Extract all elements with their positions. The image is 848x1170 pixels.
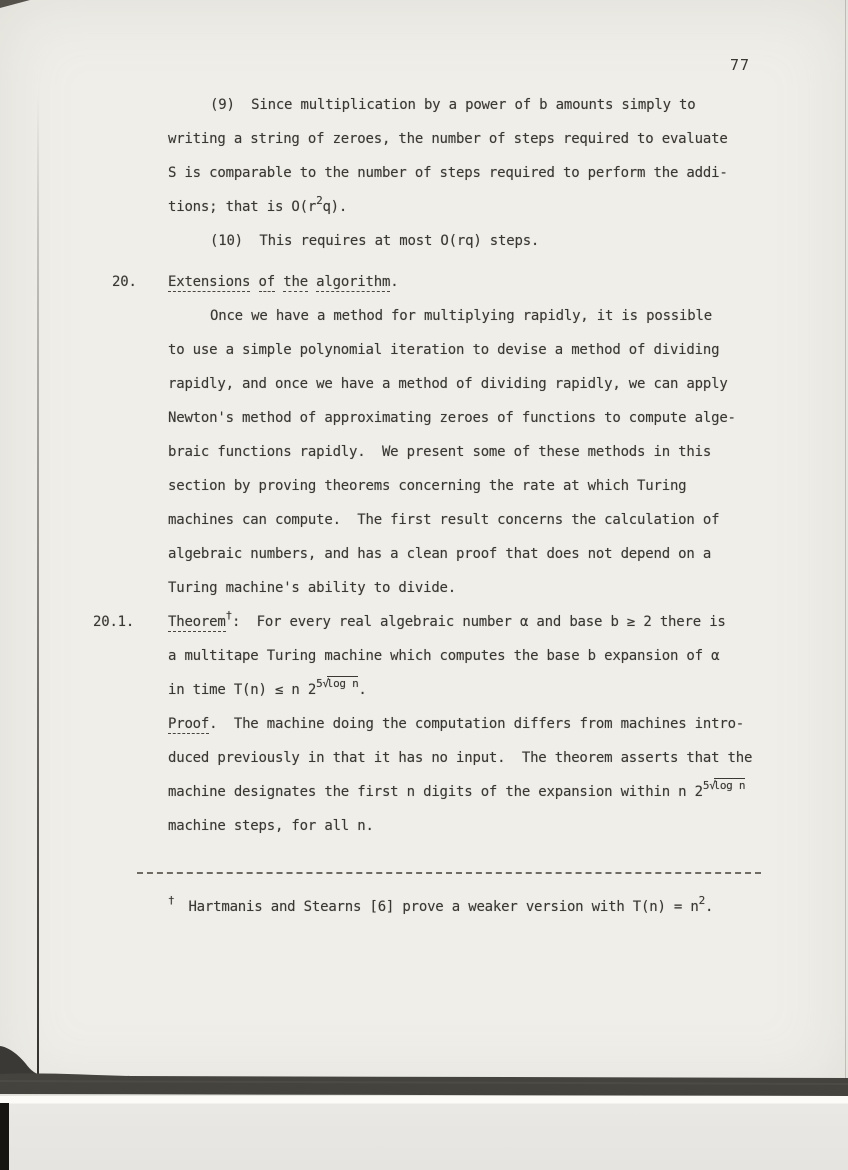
scan-corner-black-block xyxy=(0,1103,9,1170)
text-segment: to use a simple polynomial iteration to … xyxy=(168,342,719,358)
text-line: machines can compute. The first result c… xyxy=(0,503,848,537)
text-block: (9) Since multiplication by a power of b… xyxy=(0,88,848,843)
text-segment: : For every real algebraic number α and … xyxy=(232,614,726,630)
text-line: S is comparable to the number of steps r… xyxy=(0,156,848,190)
text-line: machine steps, for all n. xyxy=(0,809,848,843)
text-line: in time T(n) ≤ n 25√log n. xyxy=(0,673,848,707)
text-segment: a multitape Turing machine which compute… xyxy=(168,648,719,664)
text-segment: algebraic numbers, and has a clean proof… xyxy=(168,546,711,562)
text-segment: algorithm xyxy=(316,274,390,292)
text-segment: Newton's method of approximating zeroes … xyxy=(168,410,736,426)
text-segment xyxy=(275,274,283,290)
footnote-text: Hartmanis and Stearns [6] prove a weaker… xyxy=(188,899,713,915)
text-segment: (9) Since multiplication by a power of b… xyxy=(210,97,696,113)
text-segment: rapidly, and once we have a method of di… xyxy=(168,376,728,392)
text-line: tions; that is O(r2q). xyxy=(0,190,848,224)
text-segment: . xyxy=(390,274,398,290)
text-segment: machines can compute. The first result c… xyxy=(168,512,719,528)
text-segment: writing a string of zeroes, the number o… xyxy=(168,131,728,147)
superscript: log n xyxy=(714,778,746,792)
text-segment: Hartmanis and Stearns [6] prove a weaker… xyxy=(188,899,698,915)
text-line: machine designates the first n digits of… xyxy=(0,775,848,809)
text-line: Once we have a method for multiplying ra… xyxy=(0,299,848,333)
page-edge-shadow xyxy=(0,1030,848,1100)
text-segment: section by proving theorems concerning t… xyxy=(168,478,686,494)
text-line: (9) Since multiplication by a power of b… xyxy=(0,88,848,122)
text-segment: . The machine doing the computation diff… xyxy=(209,716,744,732)
text-line: section by proving theorems concerning t… xyxy=(0,469,848,503)
superscript: log n xyxy=(327,676,359,690)
text-line: Turing machine's ability to divide. xyxy=(0,571,848,605)
footnote-dagger-marker: † xyxy=(168,884,174,918)
text-segment: Extensions xyxy=(168,274,250,292)
text-line: writing a string of zeroes, the number o… xyxy=(0,122,848,156)
text-line: braic functions rapidly. We present some… xyxy=(0,435,848,469)
text-segment: machine steps, for all n. xyxy=(168,818,374,834)
text-line: 20.1.Theorem†: For every real algebraic … xyxy=(0,605,848,639)
section-heading-line: 20.Extensions of the algorithm. xyxy=(0,265,848,299)
text-segment: . xyxy=(705,899,713,915)
text-segment: Theorem xyxy=(168,614,226,632)
text-line: algebraic numbers, and has a clean proof… xyxy=(0,537,848,571)
text-segment: the xyxy=(283,274,308,292)
text-segment: braic functions rapidly. We present some… xyxy=(168,444,711,460)
text-line: to use a simple polynomial iteration to … xyxy=(0,333,848,367)
text-line: a multitape Turing machine which compute… xyxy=(0,639,848,673)
text-segment: Once we have a method for multiplying ra… xyxy=(210,308,712,324)
text-segment xyxy=(250,274,258,290)
footnote: †Hartmanis and Stearns [6] prove a weake… xyxy=(168,890,713,924)
text-segment: in time T(n) ≤ n 2 xyxy=(168,682,316,698)
text-segment: Proof xyxy=(168,716,209,734)
text-segment: q). xyxy=(322,199,347,215)
superscript: 2 xyxy=(316,195,322,207)
text-segment: Turing machine's ability to divide. xyxy=(168,580,456,596)
text-line: duced previously in that it has no input… xyxy=(0,741,848,775)
footnote-rule xyxy=(137,872,761,874)
text-segment: tions; that is O(r xyxy=(168,199,316,215)
text-segment: machine designates the first n digits of… xyxy=(168,784,703,800)
text-segment: duced previously in that it has no input… xyxy=(168,750,752,766)
text-line: rapidly, and once we have a method of di… xyxy=(0,367,848,401)
text-segment: S is comparable to the number of steps r… xyxy=(168,165,728,181)
section-number: 20.1. xyxy=(93,605,134,639)
text-segment xyxy=(308,274,316,290)
superscript: † xyxy=(226,610,232,622)
text-line: Newton's method of approximating zeroes … xyxy=(0,401,848,435)
superscript: 2 xyxy=(699,895,705,907)
page-number: 77 xyxy=(730,56,750,74)
page-bottom-edge xyxy=(0,1073,848,1096)
text-segment: of xyxy=(259,274,275,292)
page-curl-shadow xyxy=(0,1046,46,1076)
text-line: Proof. The machine doing the computation… xyxy=(0,707,848,741)
text-line: (10) This requires at most O(rq) steps. xyxy=(0,224,848,258)
text-segment: . xyxy=(358,682,366,698)
text-segment: (10) This requires at most O(rq) steps. xyxy=(210,233,539,249)
section-number: 20. xyxy=(112,265,137,299)
scanner-bed xyxy=(0,1096,848,1170)
